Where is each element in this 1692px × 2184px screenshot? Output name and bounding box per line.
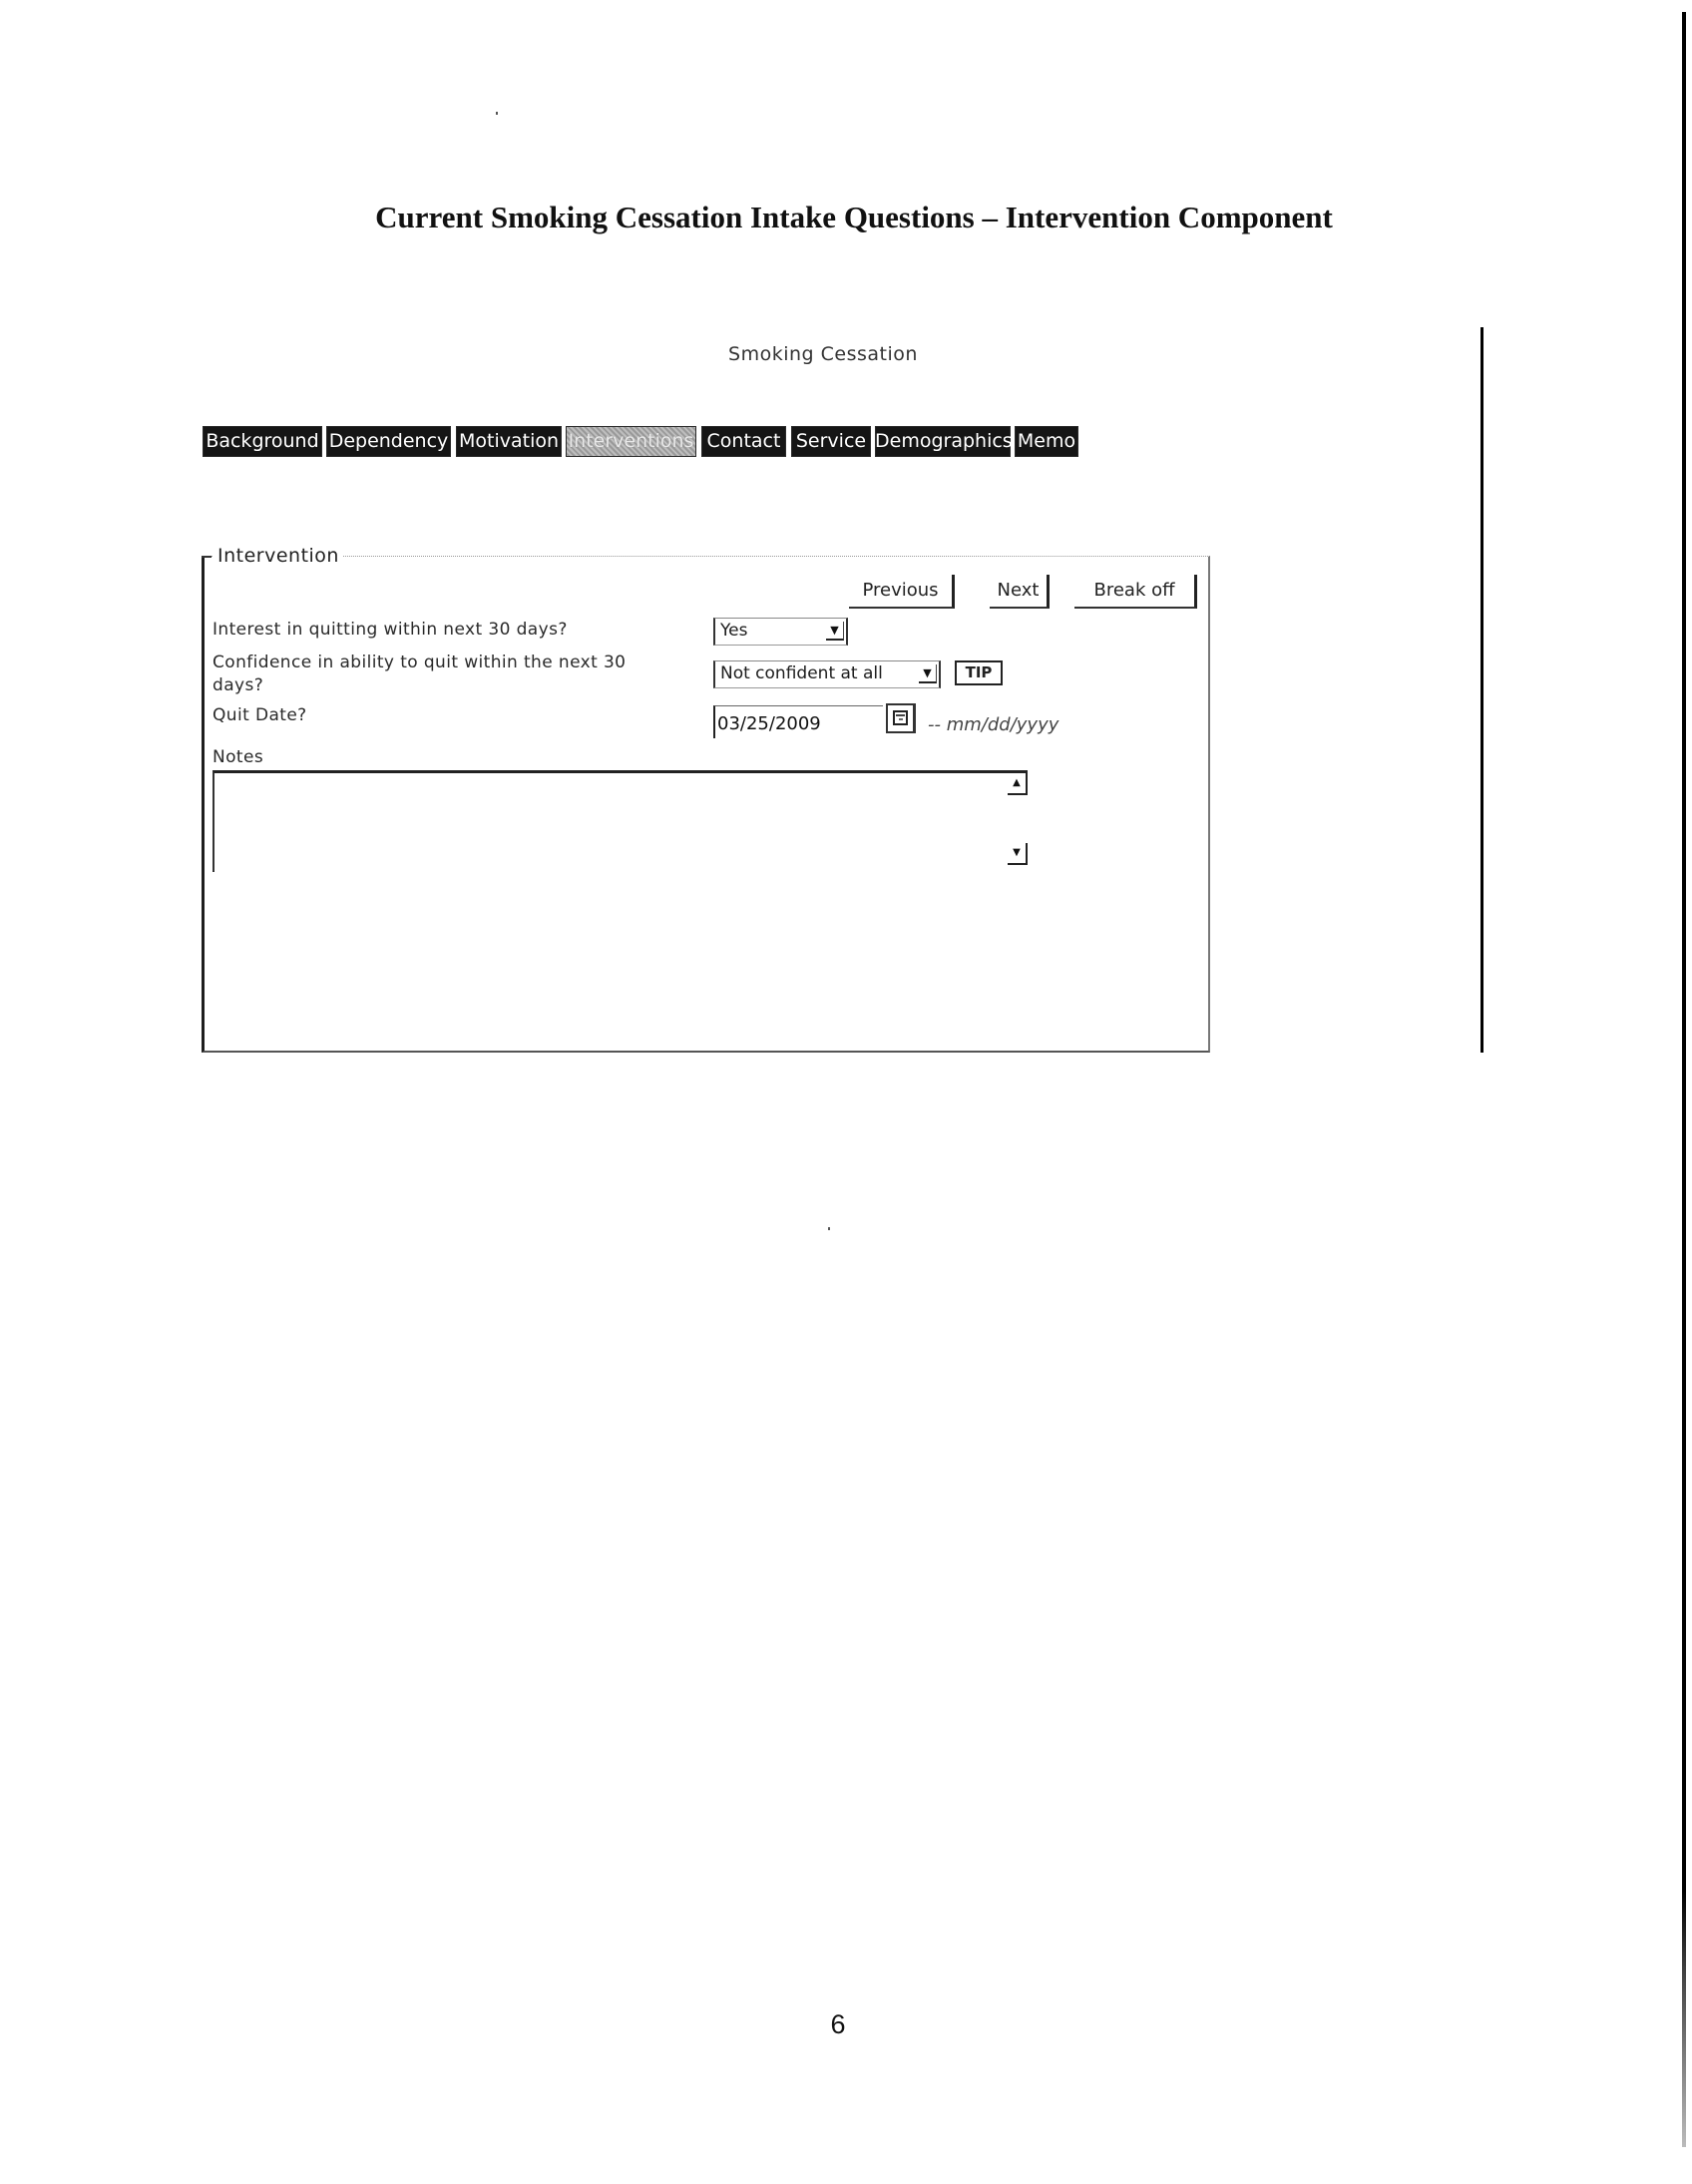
confidence-select-value: Not confident at all bbox=[720, 663, 883, 683]
date-format-hint: -- mm/dd/yyyy bbox=[928, 714, 1058, 735]
calendar-button[interactable] bbox=[886, 703, 916, 733]
interest-label: Interest in quitting within next 30 days… bbox=[212, 619, 568, 642]
confidence-label-line2: days? bbox=[212, 674, 626, 697]
notes-textarea[interactable] bbox=[212, 770, 1028, 872]
page-number: 6 bbox=[818, 2009, 858, 2040]
scroll-down-icon[interactable]: ▼ bbox=[1008, 843, 1028, 865]
document-title-text: Current Smoking Cessation Intake Questio… bbox=[375, 200, 1333, 234]
tab-memo[interactable]: Memo bbox=[1015, 426, 1078, 457]
tab-contact[interactable]: Contact bbox=[701, 426, 786, 457]
quit-date-input[interactable]: 03/25/2009 bbox=[713, 705, 883, 738]
chevron-down-icon[interactable]: ▼ bbox=[826, 622, 844, 641]
notes-label: Notes bbox=[212, 746, 263, 769]
break-off-button[interactable]: Break off bbox=[1074, 575, 1197, 609]
confidence-select[interactable]: Not confident at all ▼ bbox=[713, 660, 941, 688]
tip-button[interactable]: TIP bbox=[955, 660, 1003, 685]
chevron-down-icon[interactable]: ▼ bbox=[919, 664, 937, 683]
previous-button[interactable]: Previous bbox=[849, 575, 955, 609]
interest-select-value: Yes bbox=[720, 621, 747, 641]
tab-motivation[interactable]: Motivation bbox=[456, 426, 562, 457]
scan-speck bbox=[828, 1227, 830, 1230]
scan-speck bbox=[496, 112, 498, 115]
confidence-label-line1: Confidence in ability to quit within the… bbox=[212, 652, 626, 674]
confidence-label: Confidence in ability to quit within the… bbox=[212, 652, 626, 697]
quit-date-label: Quit Date? bbox=[212, 704, 307, 727]
app-title: Smoking Cessation bbox=[698, 343, 948, 365]
screenshot-right-border bbox=[1480, 327, 1483, 1053]
document-title: Current Smoking Cessation Intake Questio… bbox=[0, 200, 1692, 235]
tab-demographics[interactable]: Demographics bbox=[875, 426, 1011, 457]
interest-select[interactable]: Yes ▼ bbox=[713, 618, 848, 646]
tab-dependency[interactable]: Dependency bbox=[326, 426, 451, 457]
fieldset-corner bbox=[202, 556, 211, 558]
next-button[interactable]: Next bbox=[990, 575, 1050, 609]
calendar-icon bbox=[893, 710, 908, 725]
tab-interventions[interactable]: Interventions bbox=[566, 426, 696, 457]
scroll-up-icon[interactable]: ▲ bbox=[1008, 773, 1028, 795]
tab-background[interactable]: Background bbox=[203, 426, 322, 457]
tab-service[interactable]: Service bbox=[791, 426, 871, 457]
fieldset-legend: Intervention bbox=[213, 545, 343, 567]
page-edge bbox=[1682, 12, 1686, 2147]
